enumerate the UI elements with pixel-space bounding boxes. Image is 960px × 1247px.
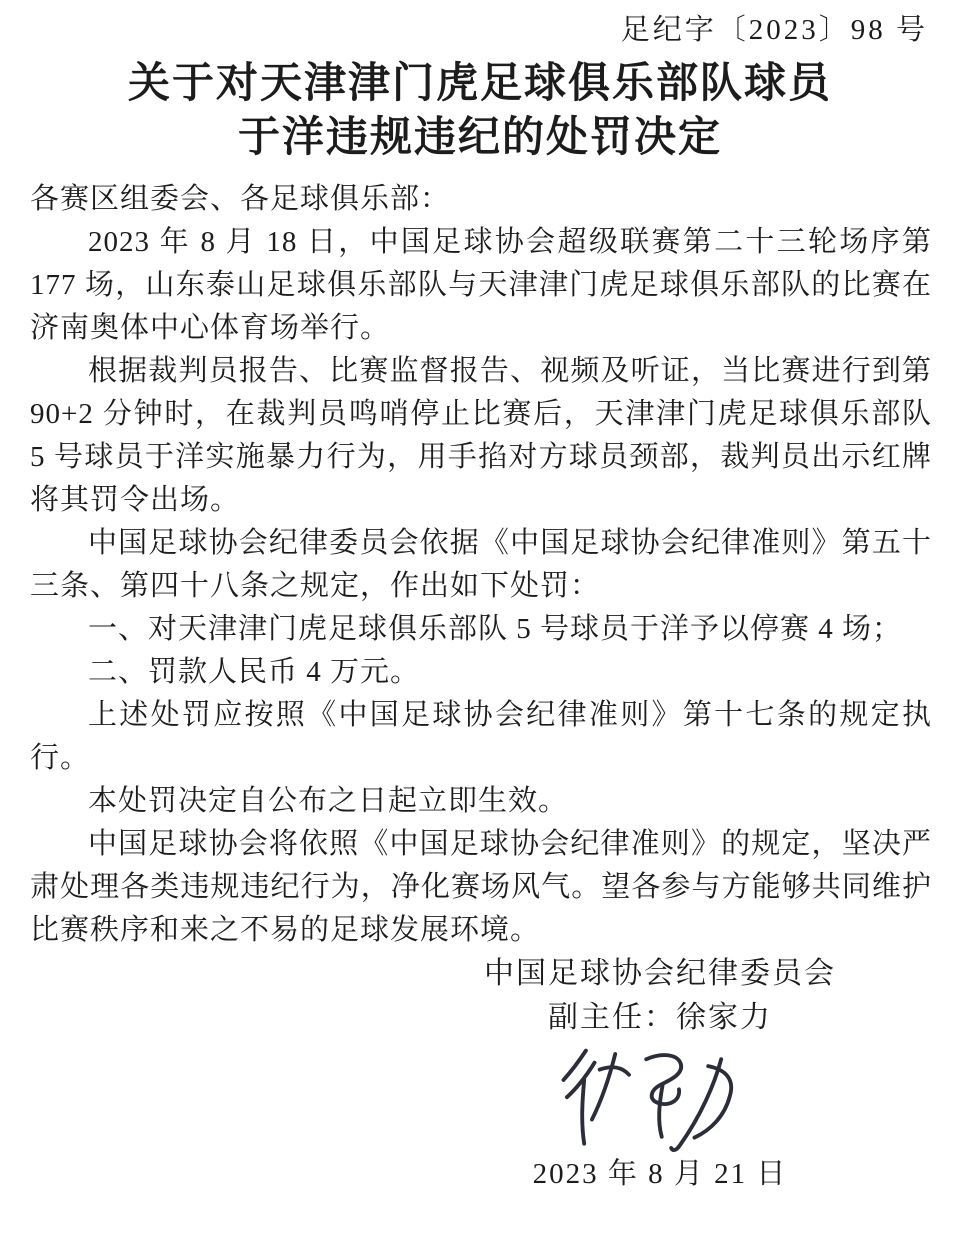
signature-block: 中国足球协会纪律委员会 副主任：徐家力 2023 年 8 月 21 日 [445,952,875,1194]
paragraph-execution: 上述处罚应按照《中国足球协会纪律准则》第十七条的规定执行。 [30,694,932,780]
document-date: 2023 年 8 月 21 日 [445,1154,875,1194]
paragraph-effective-date: 本处罚决定自公布之日起立即生效。 [30,780,932,823]
document-number: 足纪字〔2023〕98 号 [0,0,960,50]
paragraph-match-info: 2023 年 8 月 18 日，中国足球协会超级联赛第二十三轮场序第 177 场… [30,221,932,350]
salutation: 各赛区组委会、各足球俱乐部： [30,178,932,221]
page-title: 关于对天津津门虎足球俱乐部队球员 于洋违规违纪的处罚决定 [0,58,960,166]
paragraph-penalty-suspension: 一、对天津津门虎足球俱乐部队 5 号球员于洋予以停赛 4 场； [30,608,932,651]
signer-title-and-name: 副主任：徐家力 [445,996,875,1040]
paragraph-closing-statement: 中国足球协会将依照《中国足球协会纪律准则》的规定，坚决严肃处理各类违规违纪行为，… [30,823,932,952]
paragraph-penalty-fine: 二、罚款人民币 4 万元。 [30,651,932,694]
issuing-organization: 中国足球协会纪律委员会 [445,952,875,996]
handwritten-signature [534,1042,786,1154]
document-body: 各赛区组委会、各足球俱乐部： 2023 年 8 月 18 日，中国足球协会超级联… [0,170,960,952]
paragraph-legal-basis: 中国足球协会纪律委员会依据《中国足球协会纪律准则》第五十三条、第四十八条之规定，… [30,522,932,608]
disciplinary-decision-document: 足纪字〔2023〕98 号 关于对天津津门虎足球俱乐部队球员 于洋违规违纪的处罚… [0,0,960,1247]
page-title-line2: 于洋违规违纪的处罚决定 [0,112,960,166]
paragraph-incident: 根据裁判员报告、比赛监督报告、视频及听证，当比赛进行到第 90+2 分钟时，在裁… [30,350,932,522]
page-title-line1: 关于对天津津门虎足球俱乐部队球员 [0,58,960,112]
